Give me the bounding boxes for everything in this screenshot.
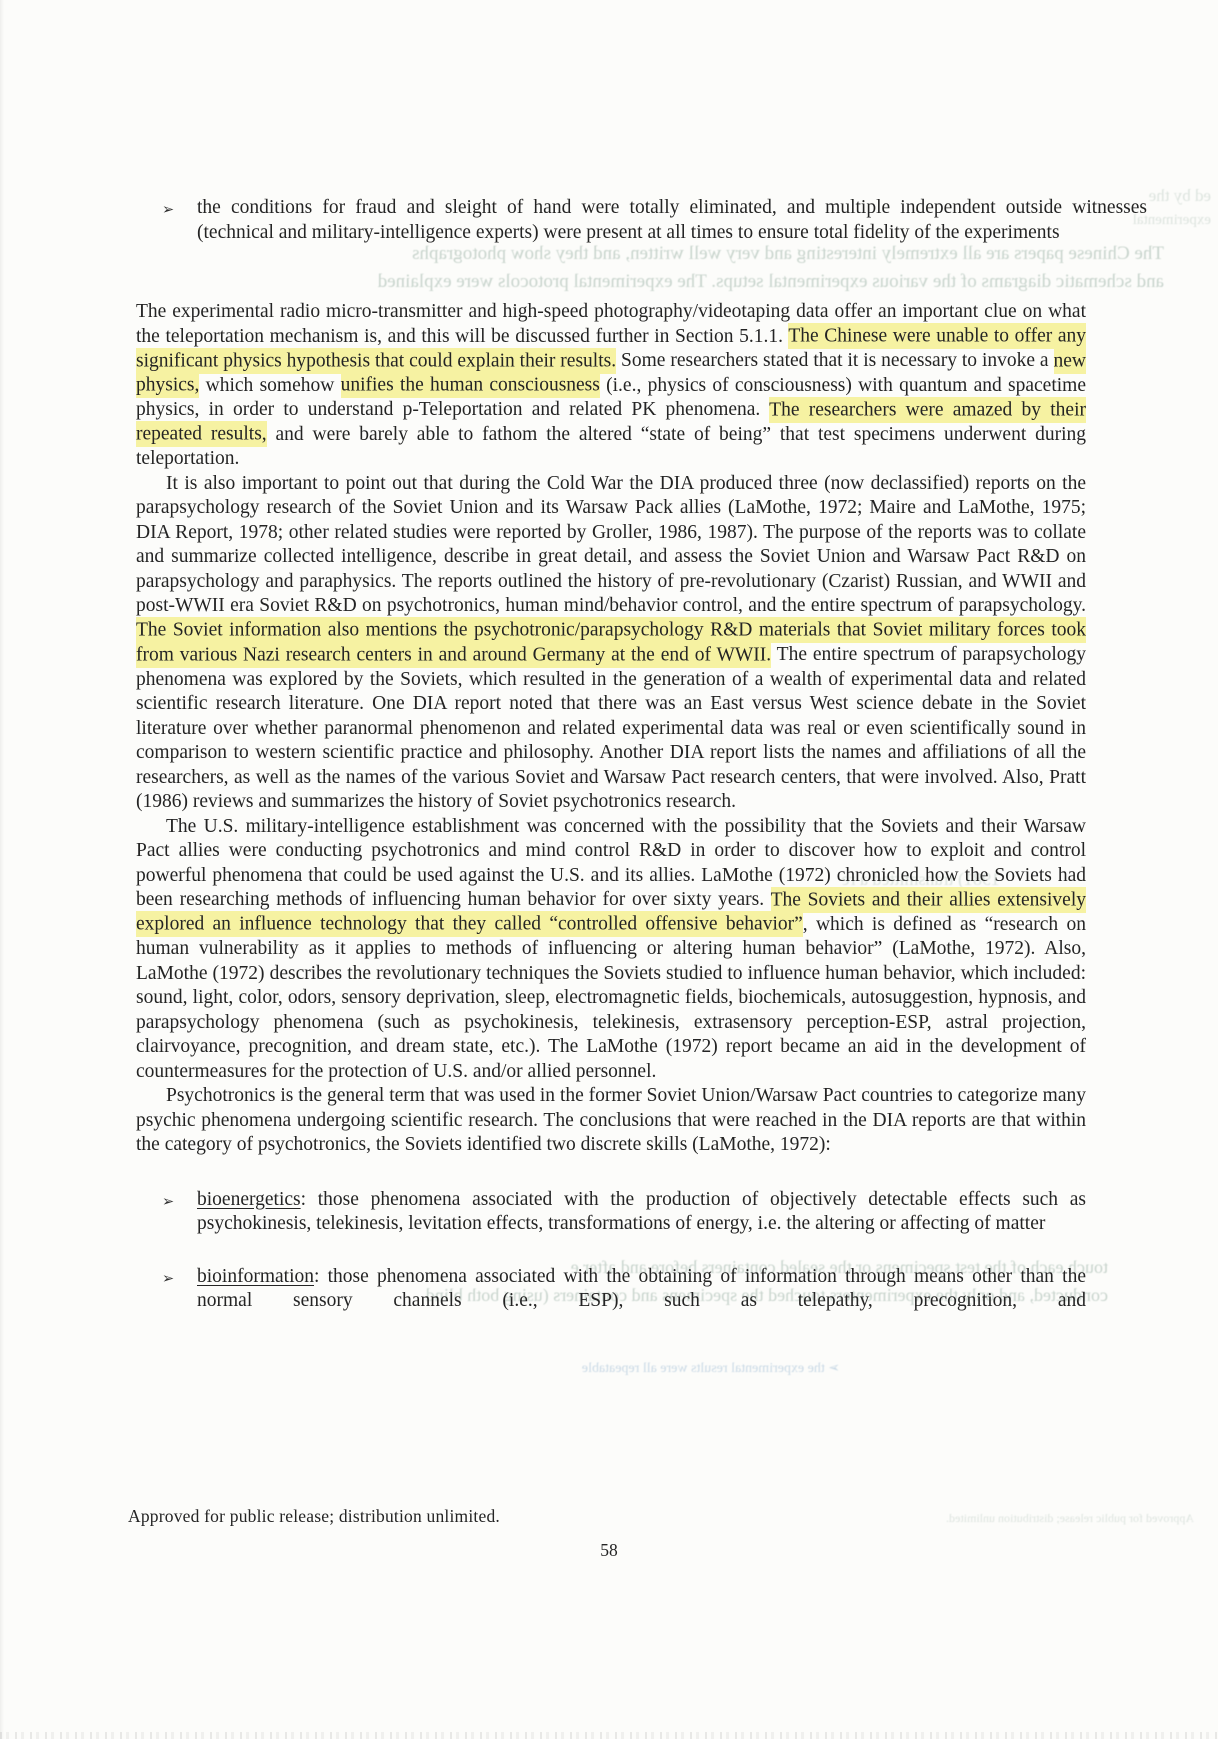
- text-segment: and were barely able to fathom the alter…: [136, 424, 1086, 470]
- body-text: The experimental radio micro-transmitter…: [136, 300, 1086, 1314]
- paragraph-dia-reports: It is also important to point out that d…: [136, 472, 1086, 815]
- arrowhead-bullet-icon: ➢: [162, 1267, 174, 1292]
- distribution-notice: Approved for public release; distributio…: [128, 1506, 500, 1527]
- paragraph-psychotronics: Psychotronics is the general term that w…: [136, 1084, 1086, 1158]
- bleedthrough-ghost-text: ➢ the experimental results were all repe…: [540, 1360, 840, 1377]
- top-bullet-item: ➢ the conditions for fraud and sleight o…: [136, 196, 1147, 245]
- top-bullet-text: the conditions for fraud and sleight of …: [197, 196, 1147, 245]
- text-segment: the conditions for fraud and sleight of …: [197, 197, 1147, 243]
- underlined-term: bioenergetics: [197, 1189, 301, 1210]
- list-item-text: bioenergetics: those phenomena associate…: [197, 1188, 1086, 1237]
- skills-list: ➢ bioenergetics: those phenomena associa…: [136, 1188, 1086, 1314]
- text-segment: Some researchers stated that it is neces…: [616, 350, 1053, 371]
- text-segment: : those phenomena associated with the ob…: [197, 1266, 1086, 1312]
- paragraph-us-military-intelligence: The U.S. military-intelligence establish…: [136, 815, 1086, 1085]
- bleedthrough-ghost-text: Approved for public release; distributio…: [942, 1511, 1194, 1526]
- arrowhead-bullet-icon: ➢: [162, 1190, 174, 1215]
- bleedthrough-ghost-text: The Chinese papers are all extremely int…: [150, 243, 1164, 265]
- scanned-document-page: ed by theexperimentalThe Chinese papers …: [0, 0, 1218, 1739]
- list-item-bioinformation: ➢ bioinformation: those phenomena associ…: [136, 1265, 1086, 1314]
- scan-edge-artifact: [0, 0, 4, 1739]
- paragraph-teleportation-clue: The experimental radio micro-transmitter…: [136, 300, 1086, 472]
- scan-edge-artifact: [0, 1732, 1218, 1739]
- text-segment: : those phenomena associated with the pr…: [197, 1189, 1086, 1235]
- text-segment: Psychotronics is the general term that w…: [136, 1085, 1086, 1155]
- text-segment: It is also important to point out that d…: [136, 473, 1086, 617]
- bleedthrough-ghost-text: and schematic diagrams of the various ex…: [150, 271, 1164, 293]
- text-segment: , which is defined as “research on human…: [136, 914, 1086, 1082]
- underlined-term: bioinformation: [197, 1266, 314, 1287]
- list-item-text: bioinformation: those phenomena associat…: [197, 1265, 1086, 1314]
- arrowhead-bullet-icon: ➢: [162, 198, 174, 223]
- text-segment: The entire spectrum of parapsychology ph…: [136, 644, 1086, 812]
- list-item-bioenergetics: ➢ bioenergetics: those phenomena associa…: [136, 1188, 1086, 1237]
- text-segment: which somehow: [199, 375, 340, 396]
- highlighted-text: unifies the human consciousness: [341, 372, 600, 398]
- page-number: 58: [0, 1540, 1218, 1561]
